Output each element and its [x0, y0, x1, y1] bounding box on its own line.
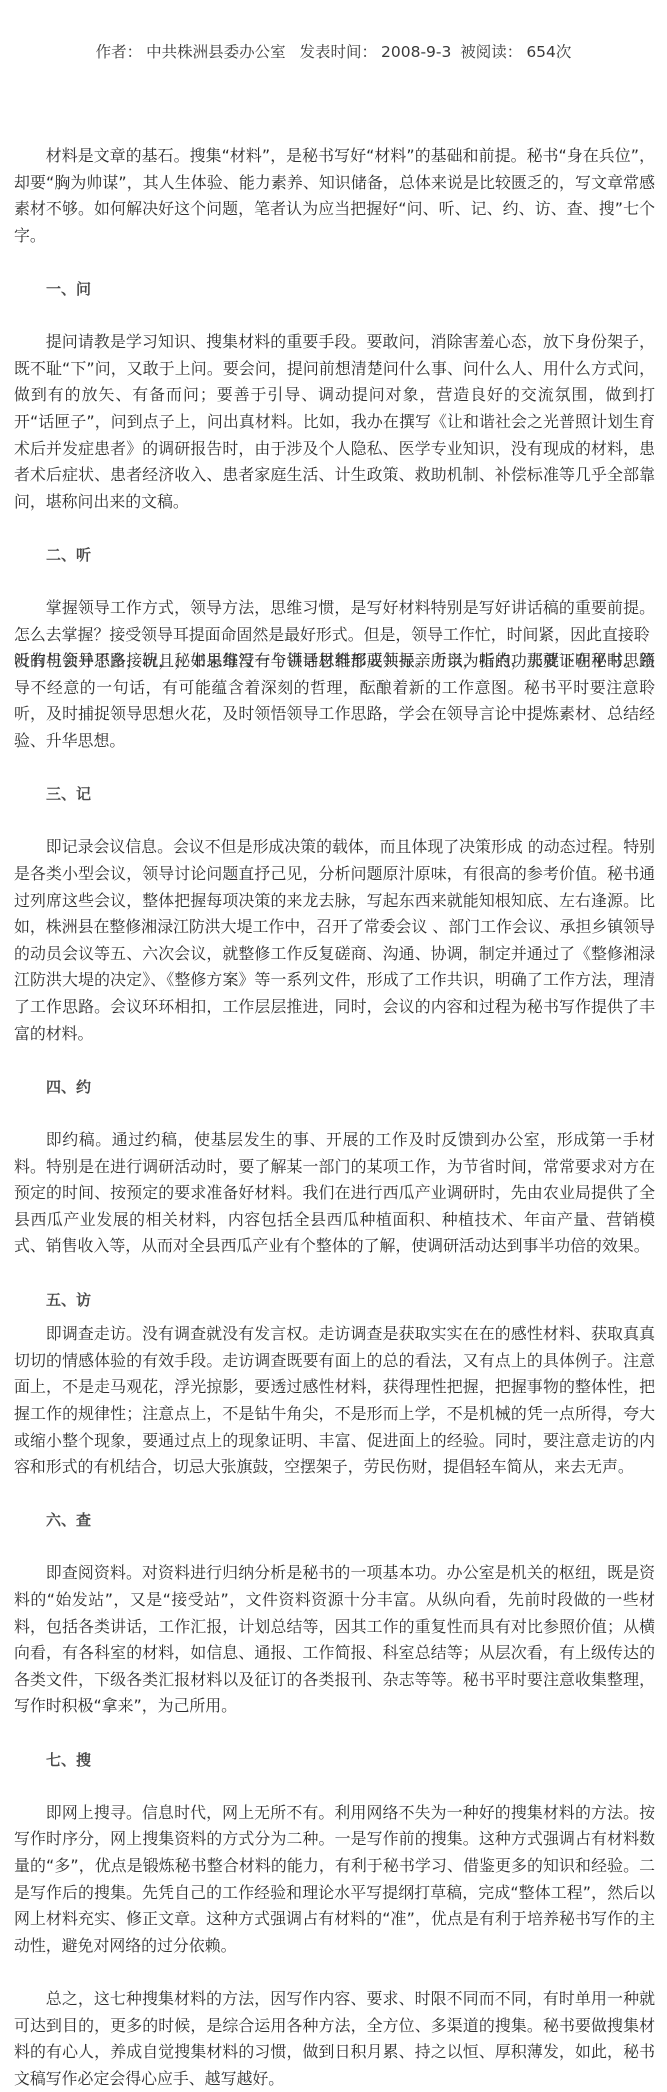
section-heading-listen: 二、听 [14, 542, 655, 569]
section-body-solicit: 即约稿。通过约稿，使基层发生的事、开展的工作及时反馈到办公室，形成第一手材料。特… [14, 1127, 655, 1260]
views-label: 被阅读： [460, 43, 522, 61]
section-body-search: 即网上搜寻。信息时代，网上无所不有。利用网络不失为一种好的搜集材料的方法。按写作… [14, 1800, 655, 1887]
section-body-ask: 提问请教是学习知识、搜集材料的重要手段。要敢问，消除害羞心态，放下身份架子，既不… [14, 329, 655, 515]
section-heading-search: 七、搜 [14, 1747, 655, 1774]
section-body-consult: 即查阅资料。对资料进行归纳分析是秘书的一项基本功。办公室是机关的枢纽，既是资料的… [14, 1560, 655, 1720]
spacer [14, 1047, 655, 1074]
spacer [14, 249, 655, 276]
spacer [14, 569, 655, 596]
spacer [14, 515, 655, 542]
article-body: 材料是文章的基石。搜集“材料”，是秘书写好“材料”的基础和前提。秘书“身在兵位”… [14, 143, 655, 1887]
spacer [14, 1773, 655, 1800]
spacer [14, 808, 655, 835]
author-label: 作者： [96, 43, 143, 61]
spacer [14, 1481, 655, 1508]
spacer [14, 1720, 655, 1747]
section-body-listen: 掌握领导工作方式，领导方法，思维习惯，是写好材料特别是写好讲话稿的重要前提。怎么… [14, 595, 655, 755]
section-heading-consult: 六、查 [14, 1507, 655, 1534]
section-body-listen-part2: 导不经意的一句话，有可能蕴含着深刻的哲理，酝酿着新的工作意图。秘书平时要注意聆听… [14, 675, 655, 755]
spacer [14, 1313, 655, 1321]
published-date: 2008-9-3 [381, 43, 451, 61]
spacer [14, 755, 655, 782]
section-body-listen-part1: 掌握领导工作方式，领导方法，思维习惯，是写好材料特别是写好讲话稿的重要前提。怎么… [14, 595, 655, 648]
section-heading-ask: 一、问 [14, 276, 655, 303]
section-heading-visit: 五、访 [14, 1287, 655, 1314]
section-body-visit: 即调查走访。没有调查就没有发言权。走访调查是获取实实在在的感性材料、获取真真切切… [14, 1321, 655, 1481]
spacer [14, 303, 655, 330]
spacer [14, 1260, 655, 1287]
section-heading-record: 三、记 [14, 781, 655, 808]
published-label: 发表时间： [299, 43, 377, 61]
spacer [14, 1100, 655, 1127]
intro-paragraph: 材料是文章的基石。搜集“材料”，是秘书写好“材料”的基础和前提。秘书“身在兵位”… [14, 143, 655, 249]
article-meta: 作者：中共株洲县委办公室 发表时间：2008-9-3 被阅读：654次 [0, 40, 667, 64]
section-body-record: 即记录会议信息。会议不但是形成决策的载体，而且体现了决策形成 的动态过程。特别是… [14, 834, 655, 1047]
overlapping-text-lines: 听的机会并不多，况且，如果每写一个讲话材料都要领导亲力亲为指点，那就证明秘书思路… [14, 648, 655, 675]
overlap-line-b: 没有与领导思路接轨，秘书思维没有与领导思维形成共振。所以，听的功夫要下在平时。领 [14, 648, 655, 675]
section-heading-solicit: 四、约 [14, 1074, 655, 1101]
spacer [14, 1534, 655, 1561]
views-count: 654次 [526, 43, 571, 61]
author-name: 中共株洲县委办公室 [146, 43, 286, 61]
